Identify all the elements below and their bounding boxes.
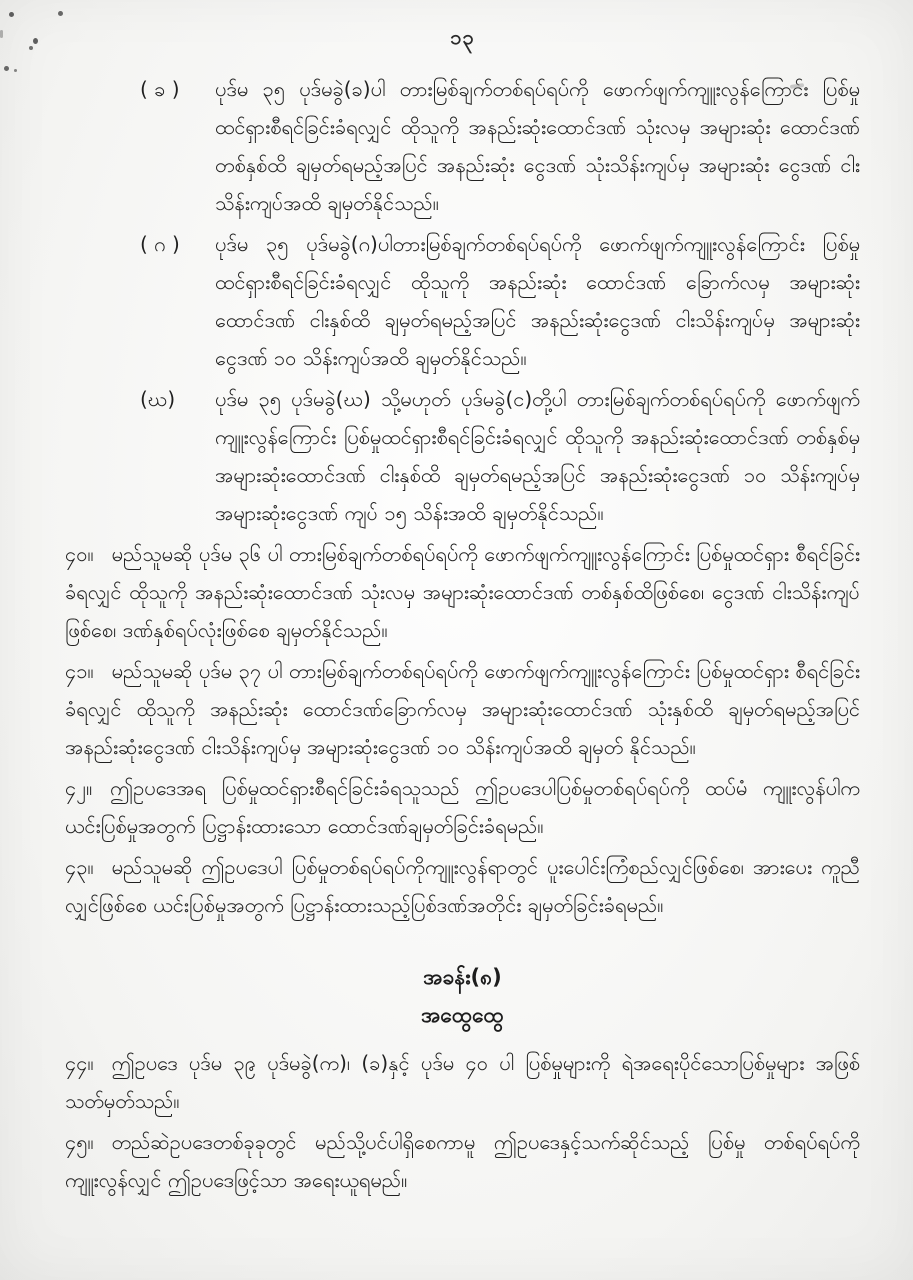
- penalty-item-label: ( ခ ): [140, 70, 215, 222]
- section-text: ဤဥပဒေ ပုဒ်မ ၃၉ ပုဒ်မခွဲ(က)၊ (ခ)နှင့် ပုဒ…: [65, 1051, 860, 1113]
- section-paragraph-41: ၄၁။မည်သူမဆို ပုဒ်မ ၃၇ ပါ တားမြစ်ချက်တစ်ရ…: [65, 652, 860, 766]
- section-number: ၄၅။: [65, 1130, 94, 1154]
- section-text: ဤဥပဒေအရ ပြစ်မှုထင်ရှားစီရင်ခြင်းခံရသူသည်…: [65, 776, 860, 838]
- ink-speck: [33, 38, 38, 44]
- ink-speck: [4, 66, 9, 71]
- section-paragraph-40: ၄၀။မည်သူမဆို ပုဒ်မ ၃၆ ပါ တားမြစ်ချက်တစ်ရ…: [65, 535, 860, 649]
- ink-speck: [9, 12, 14, 17]
- section-paragraph-45: ၄၅။တည်ဆဲဥပဒေတစ်ခုခုတွင် မည်သို့ပင်ပါရှိစ…: [65, 1123, 860, 1199]
- section-text: တည်ဆဲဥပဒေတစ်ခုခုတွင် မည်သို့ပင်ပါရှိစေကာ…: [65, 1130, 860, 1192]
- penalty-item-gha: (ဃ) ပုဒ်မ ၃၅ ပုဒ်မခွဲ(ဃ) သို့မဟုတ် ပုဒ်မ…: [140, 380, 860, 532]
- penalty-item-label: (ဃ): [140, 380, 215, 532]
- section-number: ၄၂။: [65, 776, 92, 800]
- section-text: မည်သူမဆို ပုဒ်မ ၃၇ ပါ တားမြစ်ချက်တစ်ရပ်ရ…: [65, 659, 860, 759]
- chapter-heading: အခန်း(၈): [65, 958, 860, 996]
- section-paragraph-43: ၄၃။မည်သူမဆို ဤဥပဒေပါ ပြစ်မှုတစ်ရပ်ရပ်ကို…: [65, 848, 860, 924]
- ink-speck: [29, 46, 33, 50]
- penalty-item-ga: ( ဂ ) ပုဒ်မ ၃၅ ပုဒ်မခွဲ(ဂ)ပါတားမြစ်ချက်တ…: [140, 225, 860, 377]
- penalty-item-label: ( ဂ ): [140, 225, 215, 377]
- penalty-item-text: ပုဒ်မ ၃၅ ပုဒ်မခွဲ(ခ)ပါ တားမြစ်ချက်တစ်ရပ်…: [215, 70, 860, 222]
- section-paragraph-44: ၄၄။ဤဥပဒေ ပုဒ်မ ၃၉ ပုဒ်မခွဲ(က)၊ (ခ)နှင့် …: [65, 1044, 860, 1120]
- chapter-subheading: အထွေထွေ: [65, 996, 860, 1034]
- ink-speck: [58, 11, 63, 16]
- penalty-item-text: ပုဒ်မ ၃၅ ပုဒ်မခွဲ(ဂ)ပါတားမြစ်ချက်တစ်ရပ်ရ…: [215, 225, 860, 377]
- ink-speck: [0, 30, 3, 38]
- section-paragraph-42: ၄၂။ဤဥပဒေအရ ပြစ်မှုထင်ရှားစီရင်ခြင်းခံရသူ…: [65, 769, 860, 845]
- page-number: ၁၃: [65, 24, 860, 54]
- section-number: ၄၀။: [65, 542, 94, 566]
- section-text: မည်သူမဆို ဤဥပဒေပါ ပြစ်မှုတစ်ရပ်ရပ်ကိုကျူ…: [65, 855, 860, 917]
- section-number: ၄၃။: [65, 855, 94, 879]
- section-text: မည်သူမဆို ပုဒ်မ ၃၆ ပါ တားမြစ်ချက်တစ်ရပ်ရ…: [65, 542, 860, 642]
- penalty-item-kha: ( ခ ) ပုဒ်မ ၃၅ ပုဒ်မခွဲ(ခ)ပါ တားမြစ်ချက်…: [140, 70, 860, 222]
- section-number: ၄၁။: [65, 659, 94, 683]
- ink-speck: [14, 69, 17, 72]
- page-content: ၁၃ ( ခ ) ပုဒ်မ ၃၅ ပုဒ်မခွဲ(ခ)ပါ တားမြစ်ခ…: [0, 0, 913, 1199]
- section-number: ၄၄။: [65, 1051, 94, 1075]
- penalty-item-text: ပုဒ်မ ၃၅ ပုဒ်မခွဲ(ဃ) သို့မဟုတ် ပုဒ်မခွဲ(…: [215, 380, 860, 532]
- document-page: ၁၃ ( ခ ) ပုဒ်မ ၃၅ ပုဒ်မခွဲ(ခ)ပါ တားမြစ်ခ…: [0, 0, 913, 1280]
